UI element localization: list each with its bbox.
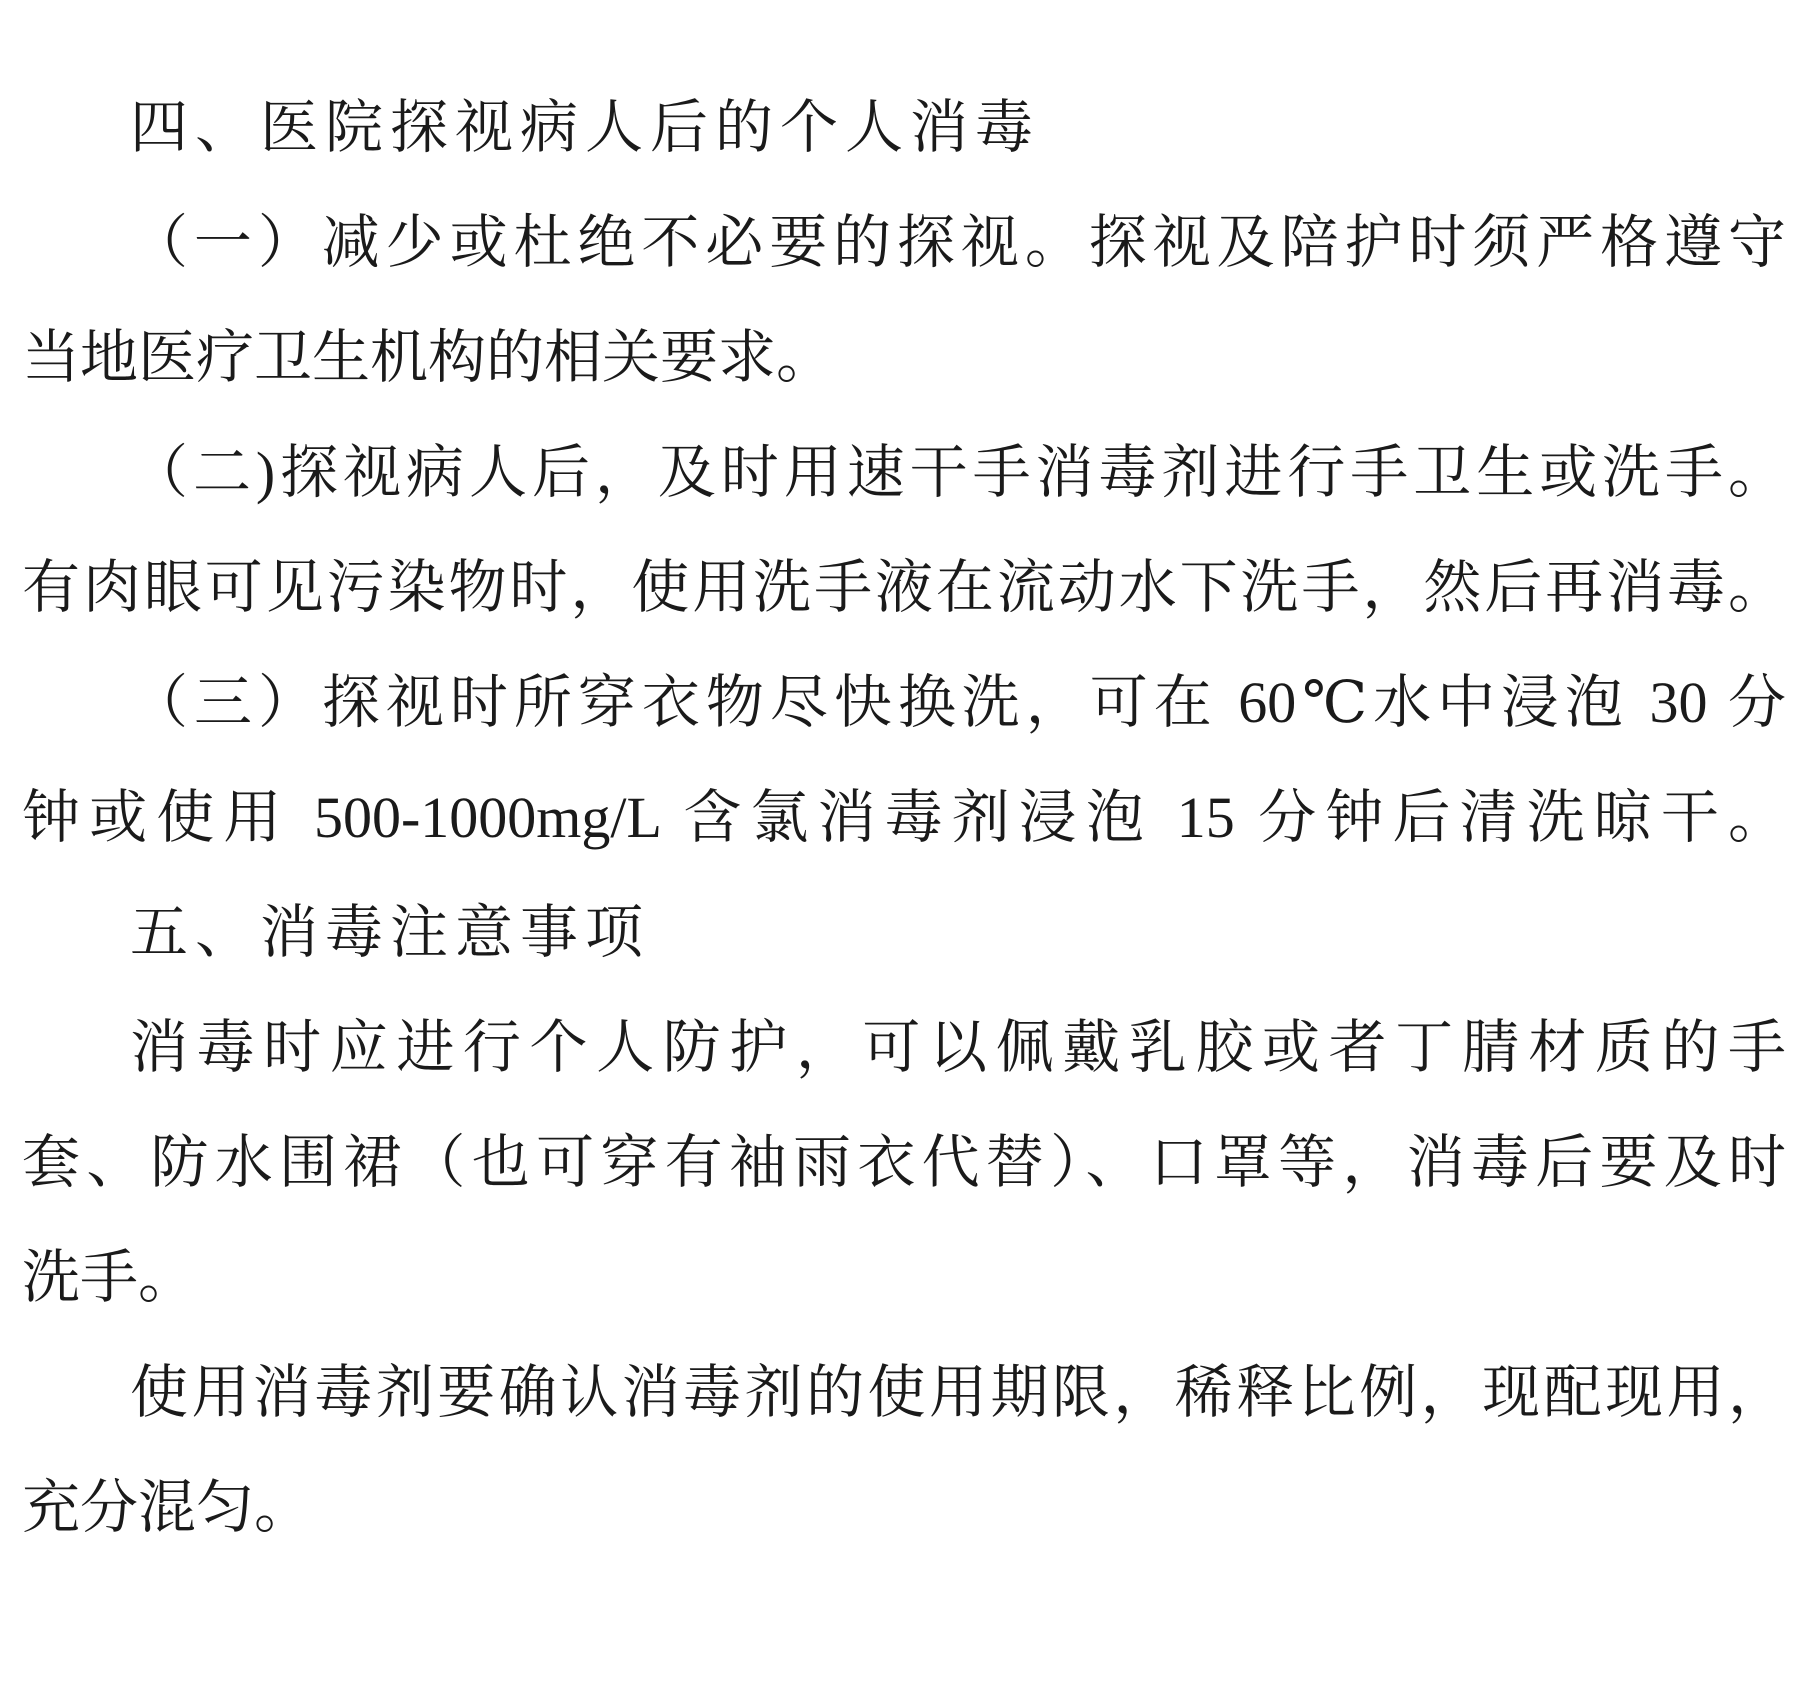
- document-page: 四、医院探视病人后的个人消毒（一）减少或杜绝不必要的探视。探视及陪护时须严格遵守…: [0, 0, 1806, 1701]
- text-line: （三）探视时所穿衣物尽快换洗，可在 60℃水中浸泡 30 分: [22, 645, 1786, 760]
- text-line: 五、消毒注意事项: [22, 875, 1786, 990]
- text-line: 套、防水围裙（也可穿有袖雨衣代替）、口罩等，消毒后要及时: [22, 1105, 1786, 1220]
- text-line: 洗手。: [22, 1220, 1786, 1335]
- text-line: 钟或使用 500-1000mg/L 含氯消毒剂浸泡 15 分钟后清洗晾干。: [22, 760, 1786, 875]
- text-line: 充分混匀。: [22, 1450, 1786, 1565]
- text-line: 使用消毒剂要确认消毒剂的使用期限，稀释比例，现配现用，: [22, 1335, 1786, 1450]
- document-text-block: 四、医院探视病人后的个人消毒（一）减少或杜绝不必要的探视。探视及陪护时须严格遵守…: [0, 0, 1806, 1565]
- text-line: 消毒时应进行个人防护，可以佩戴乳胶或者丁腈材质的手: [22, 990, 1786, 1105]
- text-line: 当地医疗卫生机构的相关要求。: [22, 300, 1786, 415]
- text-line: （二)探视病人后，及时用速干手消毒剂进行手卫生或洗手。: [22, 415, 1786, 530]
- text-line: 有肉眼可见污染物时，使用洗手液在流动水下洗手，然后再消毒。: [22, 530, 1786, 645]
- text-line: （一）减少或杜绝不必要的探视。探视及陪护时须严格遵守: [22, 185, 1786, 300]
- text-line: 四、医院探视病人后的个人消毒: [22, 70, 1786, 185]
